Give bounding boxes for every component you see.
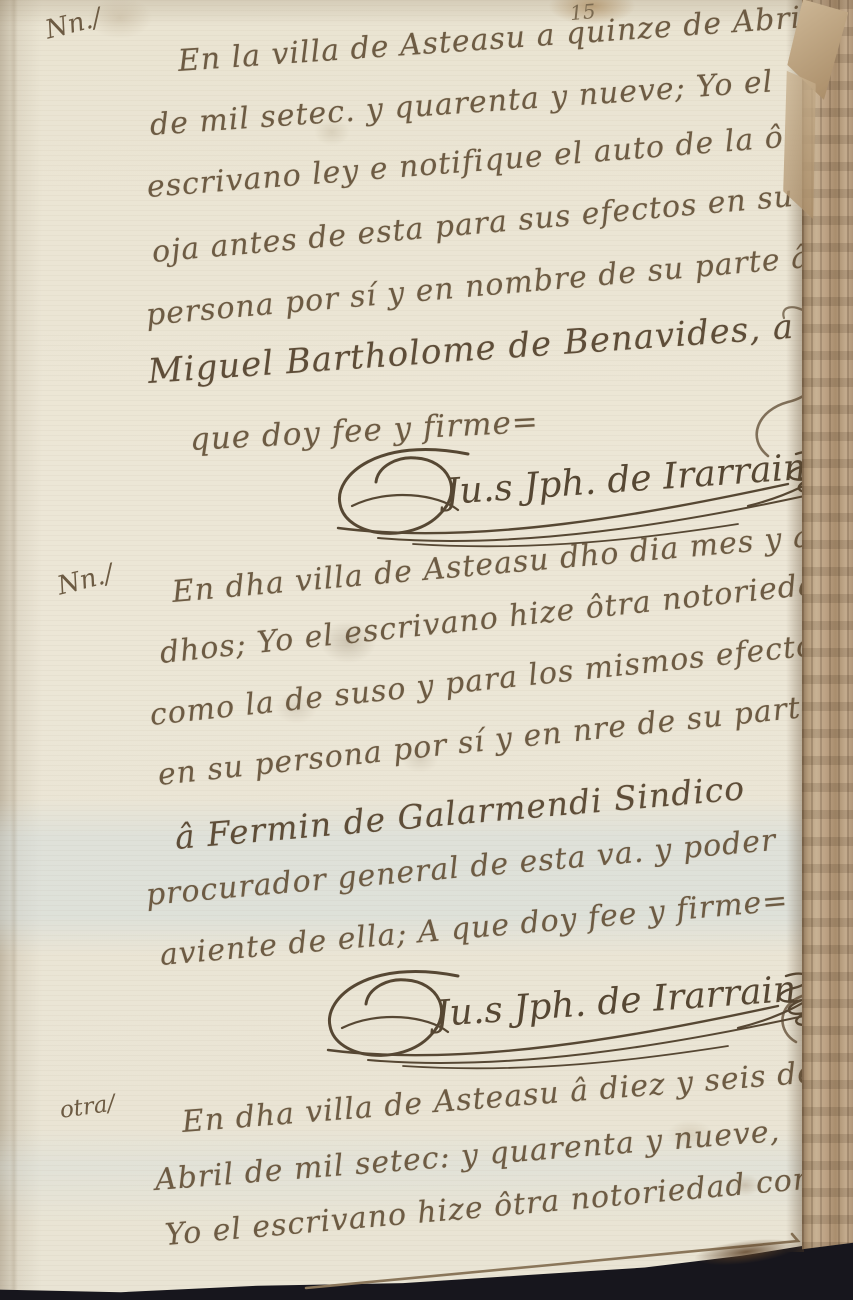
paper-crease [10,0,18,1290]
signature-text: Ju.s Jph. de Irarrain [427,969,798,1036]
signature: Ju.s Jph. de Irarrain [308,958,833,1076]
signature-text: Ju.s Jph. de Irarrain [437,447,808,514]
